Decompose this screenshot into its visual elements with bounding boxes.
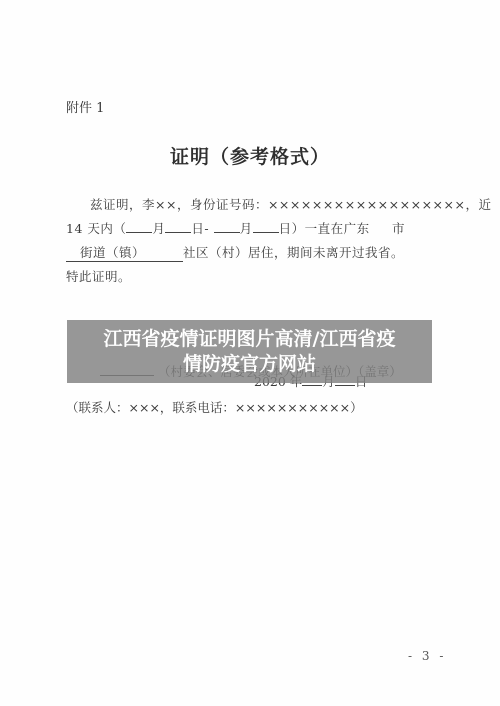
overlay-title-line-2: 情防疫官方网站	[183, 352, 316, 377]
city-label: 市	[392, 221, 405, 236]
street-label: 街道（镇）	[80, 245, 145, 260]
document-title: 证明（参考格式）	[0, 142, 500, 169]
blank-month-1	[126, 219, 152, 233]
day-label-1: 日-	[191, 221, 209, 236]
title-overlay-text: 江西省疫情证明图片高清/江西省疫 情防疫官方网站	[67, 320, 432, 383]
residence-text: 社区（村）居住，期间未离开过我省。	[183, 245, 404, 260]
dates-prefix: 14 天内（	[66, 221, 126, 236]
page-number: - 3 -	[408, 649, 446, 663]
body-line-dates: 14 天内（月日- 月日）一直在广东 市	[66, 219, 405, 237]
street-field: 街道（镇）	[66, 243, 183, 262]
day-label-2: 日）一直在广东	[279, 221, 370, 236]
document-page: 附件 1 证明（参考格式） 兹证明，李××，身份证号码：××××××××××××…	[0, 0, 500, 706]
month-label-1: 月	[152, 221, 165, 236]
contact-info: （联系人：×××，联系电话：×××××××××××）	[66, 398, 363, 416]
attachment-label: 附件 1	[66, 97, 104, 116]
blank-day-1	[165, 219, 191, 233]
body-line-certify: 兹证明，李××，身份证号码：××××××××××××××××××，近	[90, 195, 491, 213]
body-line-residence: 街道（镇）社区（村）居住，期间未离开过我省。	[66, 243, 404, 262]
blank-day-2	[253, 219, 279, 233]
body-line-closing: 特此证明。	[66, 267, 131, 285]
overlay-title-line-1: 江西省疫情证明图片高清/江西省疫	[104, 327, 396, 352]
blank-month-2	[214, 219, 240, 233]
month-label-2: 月	[240, 221, 253, 236]
